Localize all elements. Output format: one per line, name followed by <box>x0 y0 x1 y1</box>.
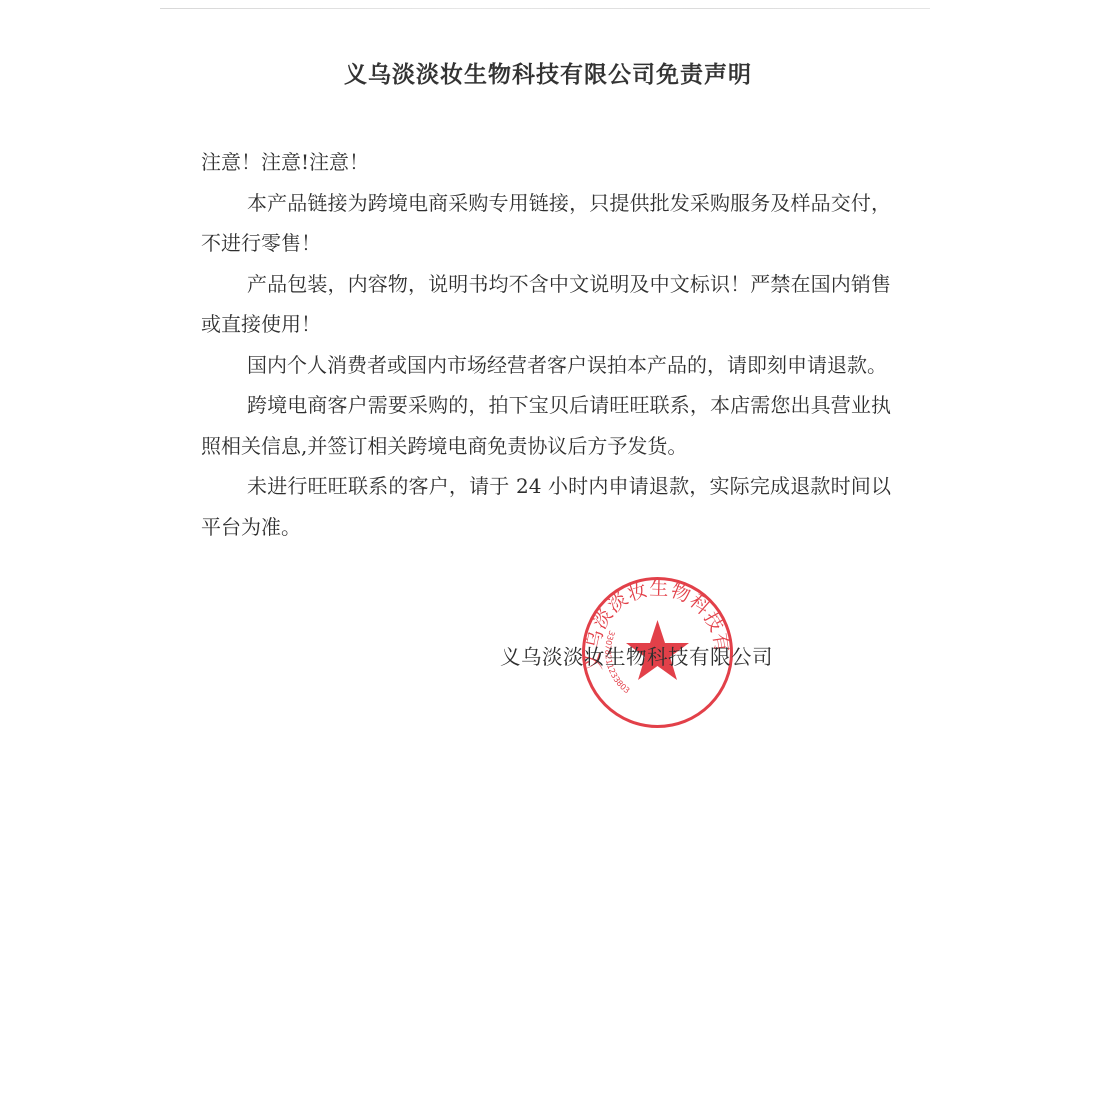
paragraph-cross-border-contact: 跨境电商客户需要采购的，拍下宝贝后请旺旺联系，本店需您出具营业执照相关信息,并签… <box>201 385 891 466</box>
warning-line: 注意！注意!注意！ <box>201 142 891 183</box>
paragraph-refund-domestic: 国内个人消费者或国内市场经营者客户误拍本产品的，请即刻申请退款。 <box>201 345 891 386</box>
signature-company-name: 义乌淡淡妆生物科技有限公司 <box>500 640 773 670</box>
document-title: 义乌淡淡妆生物科技有限公司免责声明 <box>0 56 1096 89</box>
document-body: 注意！注意!注意！ 本产品链接为跨境电商采购专用链接，只提供批发采购服务及样品交… <box>201 142 891 547</box>
paragraph-no-chinese-labels: 产品包装，内容物，说明书均不含中文说明及中文标识！严禁在国内销售或直接使用！ <box>201 264 891 345</box>
paragraph-wholesale-only: 本产品链接为跨境电商采购专用链接，只提供批发采购服务及样品交付，不进行零售！ <box>201 183 891 264</box>
page-top-edge <box>160 8 930 9</box>
paragraph-refund-24h: 未进行旺旺联系的客户，请于 24 小时内申请退款，实际完成退款时间以平台为准。 <box>201 466 891 547</box>
